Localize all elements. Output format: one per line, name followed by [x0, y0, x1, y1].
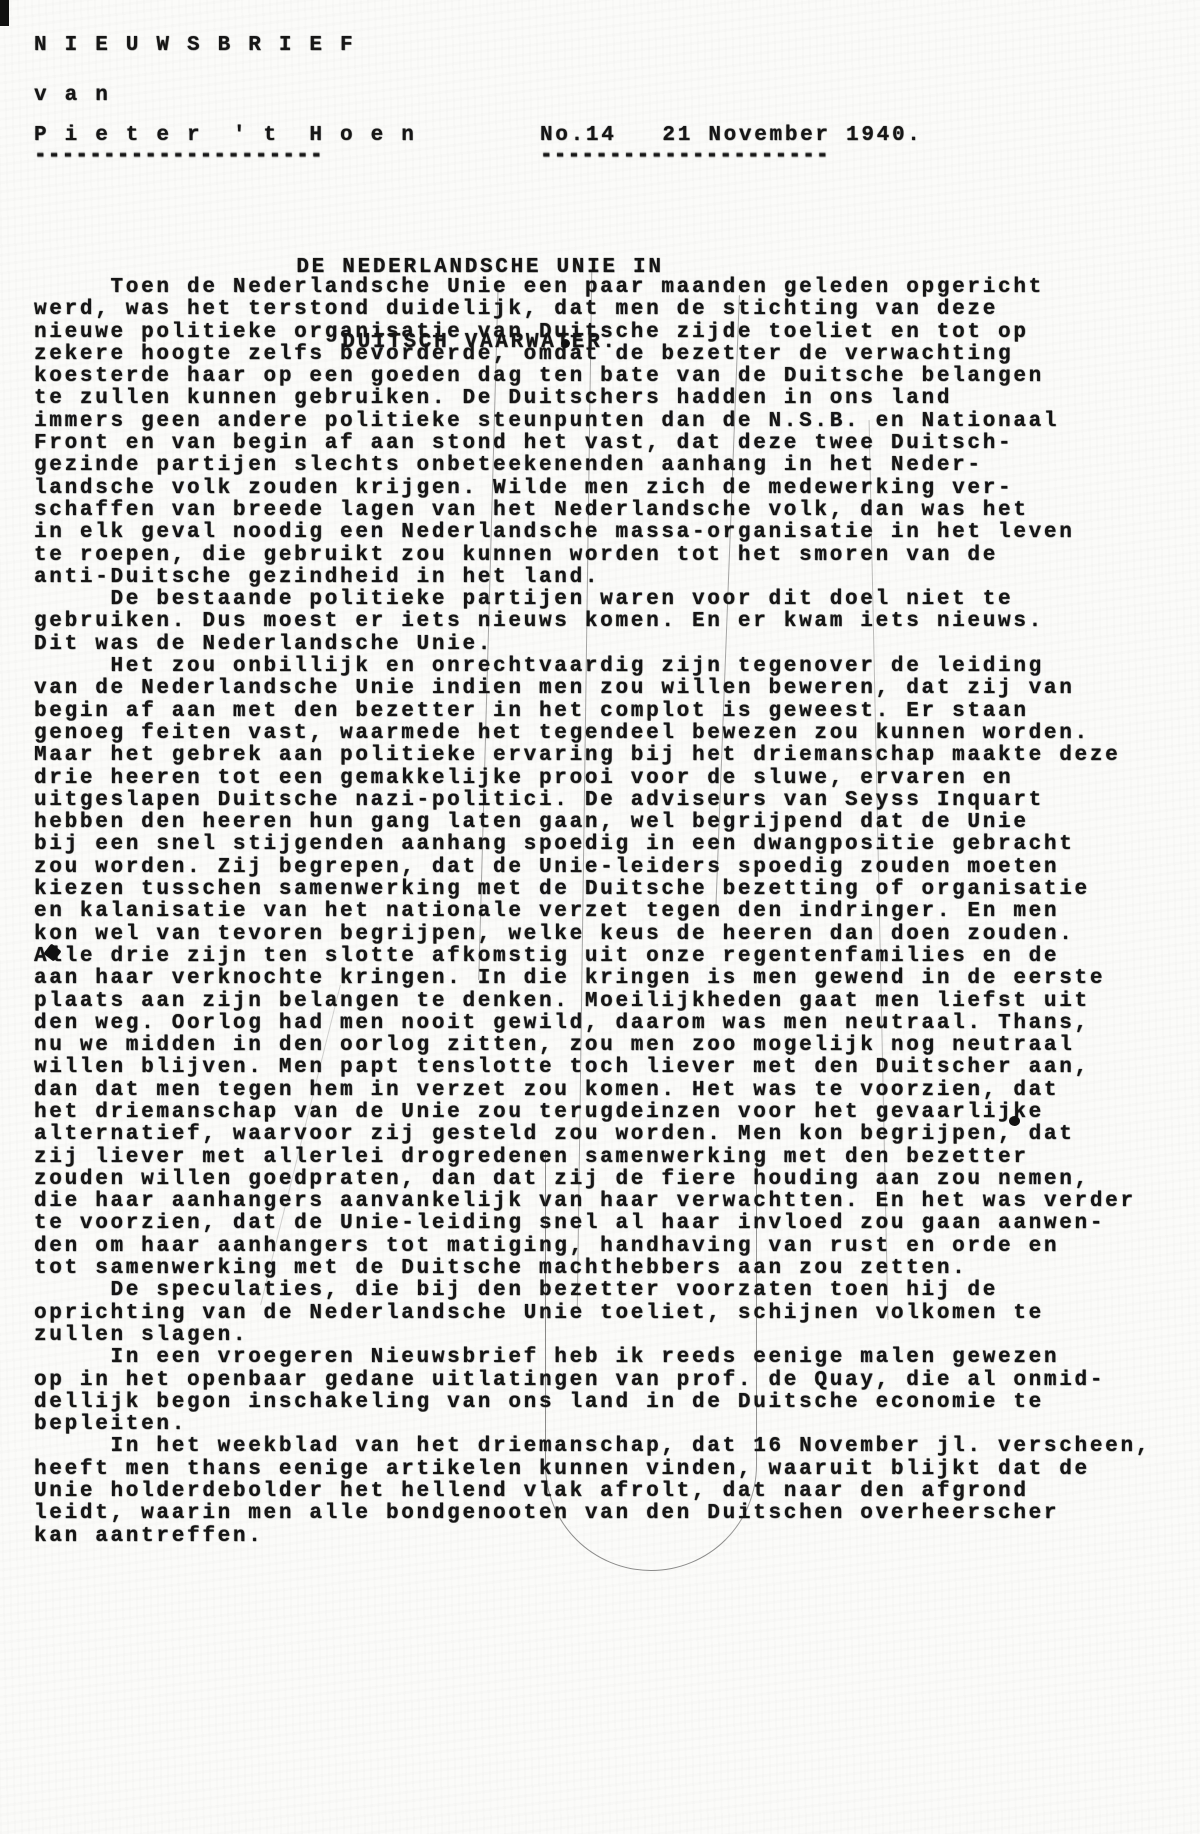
text-line: bij een snel stijgenden aanhang spoedig … — [34, 834, 1194, 856]
article-body: Toen de Nederlandsche Unie een paar maan… — [34, 277, 1194, 1548]
text-line: kon wel van tevoren begrijpen, welke keu… — [34, 924, 1194, 946]
text-line: leidt, waarin men alle bondgenooten van … — [34, 1503, 1194, 1525]
text-line: tot samenwerking met de Duitsche machthe… — [34, 1258, 1194, 1280]
text-line: Maar het gebrek aan politieke ervaring b… — [34, 745, 1194, 767]
text-line: die haar aanhangers aanvankelijk van haa… — [34, 1191, 1194, 1213]
text-line: anti-Duitsche gezindheid in het land. — [34, 567, 1194, 589]
text-line: genoeg feiten vast, waarmede het tegende… — [34, 723, 1194, 745]
text-line: In het weekblad van het driemanschap, da… — [34, 1436, 1194, 1458]
text-line: Dit was de Nederlandsche Unie. — [34, 634, 1194, 656]
text-line: zou worden. Zij begrepen, dat de Unie-le… — [34, 857, 1194, 879]
text-line: koesterde haar op een goeden dag ten bat… — [34, 366, 1194, 388]
author-underline: --------------------- — [34, 150, 324, 164]
text-line: alternatief, waarvoor zij gesteld zou wo… — [34, 1124, 1194, 1146]
text-line: van de Nederlandsche Unie indien men zou… — [34, 678, 1194, 700]
text-line: drie heeren tot een gemakkelijke prooi v… — [34, 768, 1194, 790]
text-line: Unie holderdebolder het hellend vlak afr… — [34, 1481, 1194, 1503]
scanned-newsletter-page: N I E U W S B R I E F v a n P i e t e r … — [0, 0, 1200, 1834]
text-line: te zullen kunnen gebruiken. De Duitscher… — [34, 388, 1194, 410]
text-line: dan dat men tegen hem in verzet zou kome… — [34, 1080, 1194, 1102]
text-line: te voorzien, dat de Unie-leiding snel al… — [34, 1213, 1194, 1235]
text-line: uitgeslapen Duitsche nazi-politici. De a… — [34, 790, 1194, 812]
scan-speck — [0, 0, 9, 26]
text-line: hebben den heeren hun gang laten gaan, w… — [34, 812, 1194, 834]
text-line: bepleiten. — [34, 1414, 1194, 1436]
text-line: schaffen van breede lagen van het Nederl… — [34, 500, 1194, 522]
text-line: kan aantreffen. — [34, 1526, 1194, 1548]
issue-underline: --------------------- — [540, 150, 830, 164]
masthead-van: v a n — [34, 84, 111, 108]
text-line: Front en van begin af aan stond het vast… — [34, 433, 1194, 455]
text-line: gezinde partijen slechts onbeteekenenden… — [34, 455, 1194, 477]
text-line: immers geen andere politieke steunpunten… — [34, 411, 1194, 433]
text-line: kiezen tusschen samenwerking met de Duit… — [34, 879, 1194, 901]
text-line: De speculaties, die bij den bezetter voo… — [34, 1280, 1194, 1302]
text-line: het driemanschap van de Unie zou terugde… — [34, 1102, 1194, 1124]
newsletter-masthead: N I E U W S B R I E F — [34, 34, 355, 58]
text-line: begin af aan met den bezetter in het com… — [34, 701, 1194, 723]
text-line: werd, was het terstond duidelijk, dat me… — [34, 299, 1194, 321]
text-line: dellijk begon inschakeling van ons land … — [34, 1392, 1194, 1414]
text-line: te roepen, die gebruikt zou kunnen worde… — [34, 545, 1194, 567]
text-line: Alle drie zijn ten slotte afkomstig uit … — [34, 946, 1194, 968]
text-line: den om haar aanhangers tot matiging, han… — [34, 1236, 1194, 1258]
text-line: heeft men thans eenige artikelen kunnen … — [34, 1459, 1194, 1481]
text-line: Toen de Nederlandsche Unie een paar maan… — [34, 277, 1194, 299]
text-line: Het zou onbillijk en onrechtvaardig zijn… — [34, 656, 1194, 678]
text-line: den weg. Oorlog had men nooit gewild, da… — [34, 1013, 1194, 1035]
text-line: zouden willen goedpraten, dan dat zij de… — [34, 1169, 1194, 1191]
text-line: plaats aan zijn belangen te denken. Moei… — [34, 991, 1194, 1013]
text-line: aan haar verknochte kringen. In die krin… — [34, 968, 1194, 990]
text-line: in elk geval noodig een Nederlandsche ma… — [34, 522, 1194, 544]
text-line: en kalanisatie van het nationale verzet … — [34, 901, 1194, 923]
text-line: willen blijven. Men papt tenslotte toch … — [34, 1057, 1194, 1079]
text-line: landsche volk zouden krijgen. Wilde men … — [34, 478, 1194, 500]
text-line: nieuwe politieke organisatie van Duitsch… — [34, 322, 1194, 344]
text-line: In een vroegeren Nieuwsbrief heb ik reed… — [34, 1347, 1194, 1369]
text-line: De bestaande politieke partijen waren vo… — [34, 589, 1194, 611]
text-line: zekere hoogte zelfs bevorderde, omdat de… — [34, 344, 1194, 366]
text-line: zij liever met allerlei drogredenen same… — [34, 1147, 1194, 1169]
text-line: oprichting van de Nederlandsche Unie toe… — [34, 1303, 1194, 1325]
text-line: zullen slagen. — [34, 1325, 1194, 1347]
text-line: gebruiken. Dus moest er iets nieuws kome… — [34, 611, 1194, 633]
text-line: nu we midden in den oorlog zitten, zou m… — [34, 1035, 1194, 1057]
text-line: op in het openbaar gedane uitlatingen va… — [34, 1370, 1194, 1392]
